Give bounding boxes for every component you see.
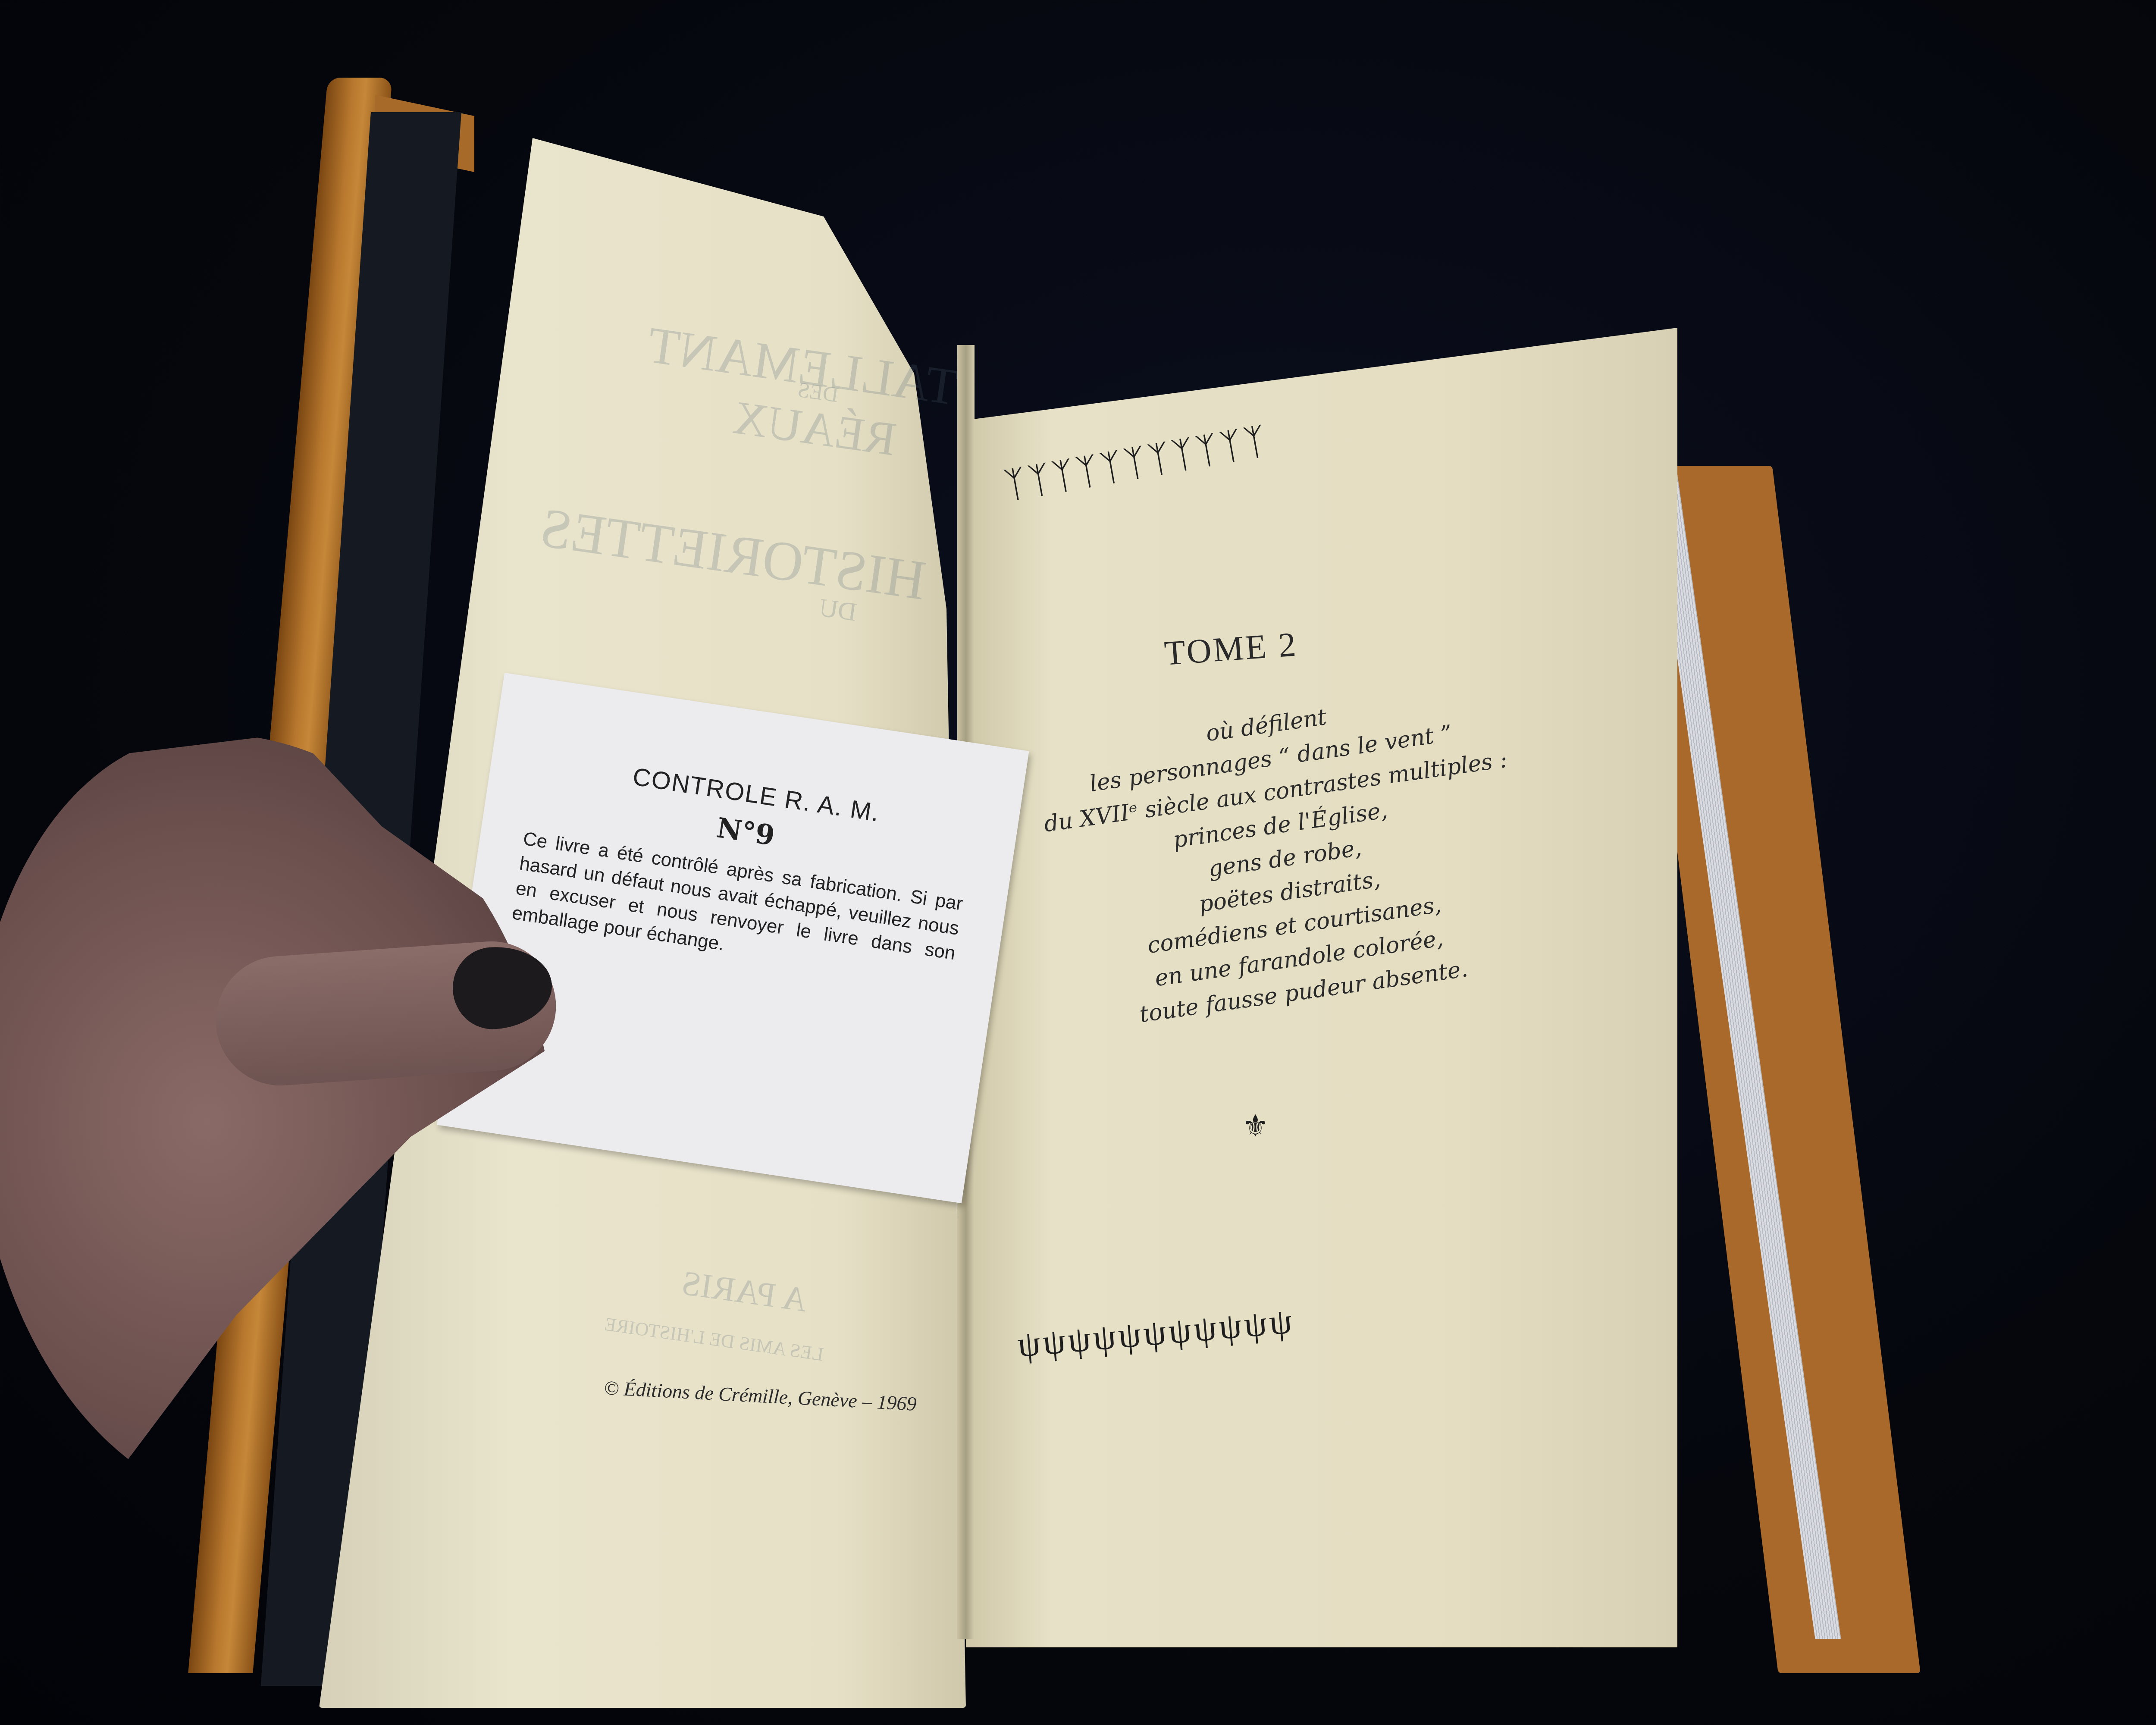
card-number: N°9 (714, 812, 777, 852)
show-through-text: DU (818, 593, 859, 627)
control-card[interactable]: CONTROLE R. A. M. N°9 Ce livre a été con… (437, 673, 1029, 1203)
fleuron-icon: ⚜ (1242, 1108, 1269, 1144)
card-body: Ce livre a été contrôlé après sa fabrica… (511, 826, 965, 991)
